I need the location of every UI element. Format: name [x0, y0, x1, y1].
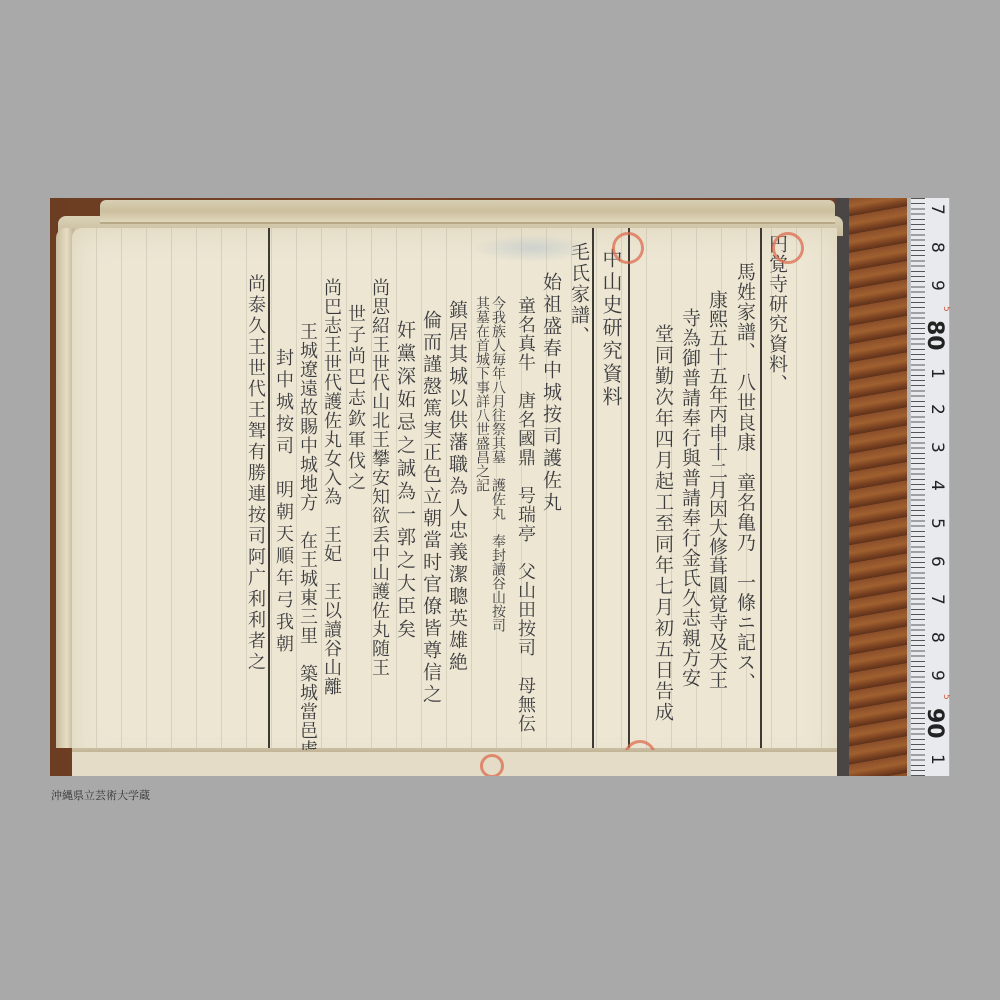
text-column: 奸黨深妬忌之誠為一郭之大臣矣 [392, 320, 418, 642]
ruler-number: 8 [927, 632, 947, 643]
text-column: 王城遼遠故賜中城地方 在王城東三里 築城當邑處 [294, 322, 320, 759]
ruler-number: 3 [927, 442, 947, 453]
page-stack-top [100, 200, 835, 224]
red-seal-bottom-left [480, 754, 504, 776]
text-column: 尚思紹王世代山北王攀安知欲丢中山護佐丸随王 [366, 278, 392, 677]
header-left: 中山史研究資料 [598, 248, 624, 409]
ruler-half-mark: 5 [931, 694, 950, 700]
annotation-column: 其墓在首城下事詳八世盛昌之記 [474, 296, 490, 492]
notebook-page: 円覚寺研究資料、 馬姓家譜、 八世良康 童名亀乃 一條ニ記ス、 康熙五十五年丙申… [72, 228, 837, 768]
text-column: 倫而謹慤篤実正色立朝當时官僚皆尊信之 [418, 310, 444, 706]
text-column: 始祖盛春中城按司護佐丸 [538, 272, 564, 514]
ruler-number: 7 [927, 204, 947, 215]
ruler-ticks [911, 198, 925, 776]
ruler-number: 7 [927, 594, 947, 605]
text-column: 堂同勤次年四月起工至同年七月初五日告成 [650, 324, 676, 723]
ruler-number: 2 [927, 404, 947, 415]
frame-line-right [760, 228, 762, 750]
frame-line-inner [628, 228, 630, 750]
frame-line-middle [592, 228, 594, 750]
ruler-number: 4 [927, 480, 947, 491]
ruler-half-mark: 5 [931, 306, 950, 312]
ruler-number: 90 [927, 708, 947, 739]
annotation-column: 今我族人毎年八月往祭其墓 護佐丸 奉封讀谷山按司 [490, 296, 506, 632]
text-column: 尚巴志王世代護佐丸女入為 王妃 王以讀谷山離 [318, 278, 344, 696]
ruler-number: 9 [927, 670, 947, 681]
archival-photo: 円覚寺研究資料、 馬姓家譜、 八世良康 童名亀乃 一條ニ記ス、 康熙五十五年丙申… [50, 198, 950, 776]
text-column: 寺為御普請奉行與普請奉行金氏久志親方安 [677, 308, 703, 688]
ruler-number: 1 [927, 368, 947, 379]
ruler-number: 5 [927, 518, 947, 529]
text-column: 康熙五十五年丙申十二月因大修葺圓覚寺及天王 [704, 290, 730, 689]
red-seal-top-right [772, 232, 804, 264]
text-column: 童名真牛 唐名國鼎 号瑞亭 父山田按司 母無伝 [512, 296, 538, 733]
ruler-number: 1 [927, 754, 947, 765]
braided-binding [835, 198, 907, 776]
ruler-number: 8 [927, 242, 947, 253]
collection-caption: 沖縄県立芸術大学蔵 [51, 787, 150, 803]
text-column: 鎮居其城以供藩職為人忠義潔聰英雄絶 [444, 300, 470, 674]
text-column: 尚泰久王世代王聟有勝連按司阿广利利者之 [242, 274, 268, 673]
text-column: 世子尚巴志欽軍伐之 [342, 304, 368, 493]
ruler-number: 80 [927, 320, 947, 351]
text-column: 封中城按司 明朝天順年弓我朝 [270, 348, 296, 656]
next-page-strip [72, 750, 837, 776]
text-column: 毛氏家譜、 [566, 242, 592, 347]
text-column: 馬姓家譜、 八世良康 童名亀乃 一條ニ記ス、 [732, 262, 758, 693]
red-seal-header-left [612, 232, 644, 264]
ruler-number: 6 [927, 556, 947, 567]
ruler-number: 9 [927, 280, 947, 291]
measuring-ruler: 7 8 9 5 80 1 2 3 4 5 6 7 8 9 5 90 1 [910, 198, 949, 776]
